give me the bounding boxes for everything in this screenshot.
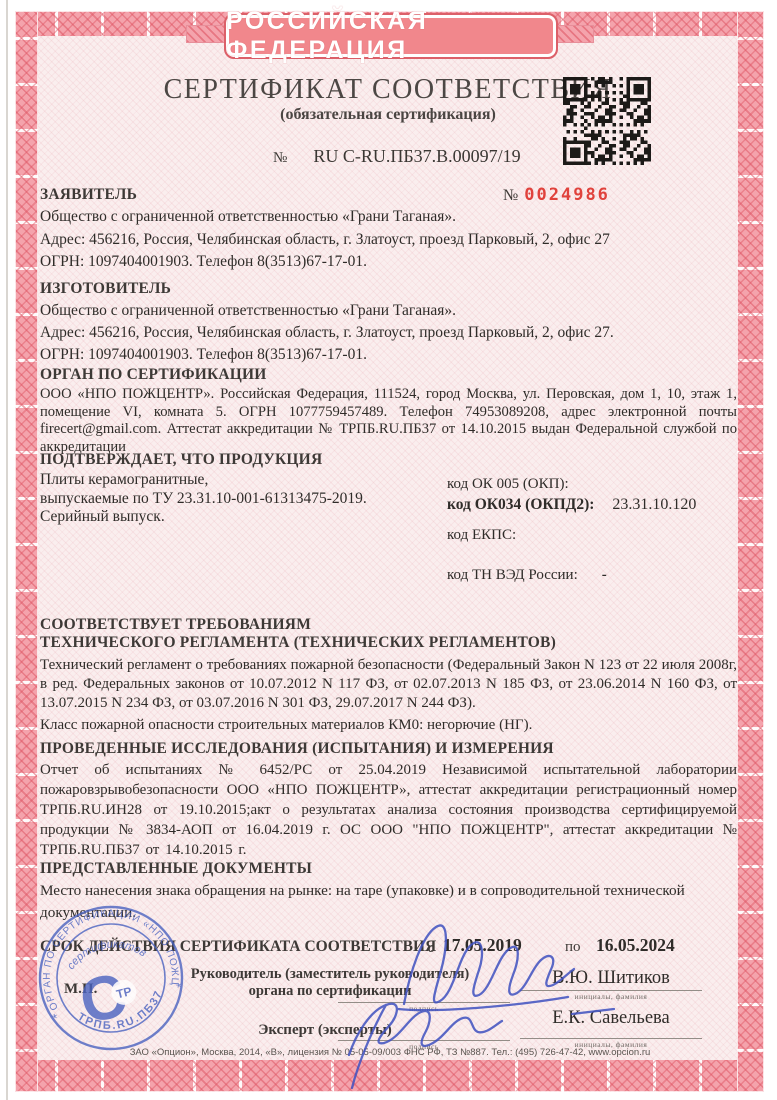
requirements-heading: СООТВЕТСТВУЕТ ТРЕБОВАНИЯМ ТЕХНИЧЕСКОГО Р… bbox=[40, 616, 737, 652]
printer-imprint: ЗАО «Опцион», Москва, 2014, «В», лицензи… bbox=[40, 1047, 740, 1058]
product-heading: ПОДТВЕРЖДАЕТ, ЧТО ПРОДУКЦИЯ bbox=[40, 451, 737, 469]
validity-from-date: 17.05.2019 bbox=[443, 935, 522, 956]
applicant-line: ОГРН: 1097404001903. Телефон 8(3513)67-1… bbox=[40, 251, 737, 274]
expert-role-label: Эксперт (эксперты) bbox=[185, 1022, 465, 1039]
border-right bbox=[737, 11, 764, 1092]
requirements-text: Технический регламент о требованиях пожа… bbox=[40, 656, 737, 714]
validity-to-label: по bbox=[565, 939, 581, 956]
requirements-heading-line2: ТЕХНИЧЕСКОГО РЕГЛАМЕНТА (ТЕХНИЧЕСКИХ РЕГ… bbox=[40, 634, 556, 651]
section-requirements: СООТВЕТСТВУЕТ ТРЕБОВАНИЯМ ТЕХНИЧЕСКОГО Р… bbox=[40, 616, 737, 735]
qr-code-icon bbox=[563, 77, 651, 165]
product-line: Плиты керамогранитные, bbox=[40, 471, 737, 490]
manufacturer-line: Общество с ограниченной ответственностью… bbox=[40, 300, 737, 322]
code-ok005-label: код ОК 005 (ОКП): bbox=[447, 476, 569, 492]
code-ok005-row: код ОК 005 (ОКП): bbox=[447, 476, 569, 493]
name-line-expert bbox=[520, 1038, 702, 1039]
manufacturer-line: Адрес: 456216, Россия, Челябинская облас… bbox=[40, 322, 737, 344]
documents-heading: ПРЕДСТАВЛЕННЫЕ ДОКУМЕНТЫ bbox=[40, 860, 737, 878]
certification-body-text: ООО «НПО ПОЖЦЕНТР». Российская Федерация… bbox=[40, 386, 737, 456]
plaque-ornament-right bbox=[554, 25, 594, 43]
head-name: В.Ю. Шитиков bbox=[520, 968, 702, 989]
head-role-label: Руководитель (заместитель руководителя) … bbox=[185, 966, 475, 1000]
code-ekps-label: код ЕКПС: bbox=[447, 527, 516, 543]
signature-line-head bbox=[338, 1002, 510, 1003]
applicant-line: Адрес: 456216, Россия, Челябинская облас… bbox=[40, 229, 737, 252]
certificate-number: RU C-RU.ПБ37.В.00097/19 bbox=[313, 146, 520, 166]
name-line-head bbox=[520, 990, 702, 991]
code-okpd2-value: 23.31.10.120 bbox=[612, 496, 696, 513]
certificate-page: РОССИЙСКАЯ ФЕДЕРАЦИЯ СЕРТИФИКАТ СООТВЕТС… bbox=[0, 0, 777, 1100]
signature-caption: подпись bbox=[338, 1004, 510, 1013]
manufacturer-line: ОГРН: 1097404001903. Телефон 8(3513)67-1… bbox=[40, 344, 737, 366]
code-tnved-row: код ТН ВЭД России:- bbox=[447, 567, 607, 584]
fire-class-line: Класс пожарной опасности строительных ма… bbox=[40, 716, 737, 735]
head-role-line1: Руководитель (заместитель руководителя) bbox=[191, 966, 470, 982]
section-manufacturer: ИЗГОТОВИТЕЛЬ Общество с ограниченной отв… bbox=[40, 280, 737, 366]
stamp-separator: * bbox=[51, 1010, 60, 1026]
expert-name: Е.К. Савельева bbox=[520, 1008, 702, 1029]
certification-body-heading: ОРГАН ПО СЕРТИФИКАЦИИ bbox=[40, 366, 737, 384]
border-bottom bbox=[15, 1059, 764, 1092]
code-tnved-value: - bbox=[602, 567, 607, 583]
plaque-ornament-left bbox=[186, 25, 226, 43]
code-tnved-label: код ТН ВЭД России: bbox=[447, 567, 578, 583]
section-certification-body: ОРГАН ПО СЕРТИФИКАЦИИ ООО «НПО ПОЖЦЕНТР»… bbox=[40, 366, 737, 456]
country-plaque: РОССИЙСКАЯ ФЕДЕРАЦИЯ bbox=[224, 13, 558, 59]
manufacturer-heading: ИЗГОТОВИТЕЛЬ bbox=[40, 280, 737, 298]
signature-line-expert bbox=[338, 1040, 510, 1041]
scan-edge-line bbox=[6, 0, 8, 1100]
requirements-heading-line1: СООТВЕТСТВУЕТ ТРЕБОВАНИЯМ bbox=[40, 616, 311, 633]
research-heading: ПРОВЕДЕННЫЕ ИССЛЕДОВАНИЯ (ИСПЫТАНИЯ) И И… bbox=[40, 740, 737, 758]
applicant-line: Общество с ограниченной ответственностью… bbox=[40, 206, 737, 229]
section-product: ПОДТВЕРЖДАЕТ, ЧТО ПРОДУКЦИЯ Плиты керамо… bbox=[40, 451, 737, 527]
code-okpd2-row: код ОК034 (ОКПД2):23.31.10.120 bbox=[447, 496, 696, 514]
code-ekps-row: код ЕКПС: bbox=[447, 527, 516, 544]
head-role-line2: органа по сертификации bbox=[249, 983, 412, 999]
applicant-heading: ЗАЯВИТЕЛЬ bbox=[40, 186, 737, 204]
validity-from-label: с bbox=[428, 940, 435, 957]
certificate-number-row: №RU C-RU.ПБ37.В.00097/19 bbox=[273, 146, 521, 167]
research-text: Отчет об испытаниях № 6452/РС от 25.04.2… bbox=[40, 760, 737, 860]
number-sign: № bbox=[273, 150, 287, 166]
name-caption: инициалы, фамилия bbox=[520, 992, 702, 1001]
validity-to-date: 16.05.2024 bbox=[596, 935, 675, 956]
section-applicant: ЗАЯВИТЕЛЬ Общество с ограниченной ответс… bbox=[40, 186, 737, 274]
code-okpd2-label: код ОК034 (ОКПД2): bbox=[447, 496, 594, 513]
